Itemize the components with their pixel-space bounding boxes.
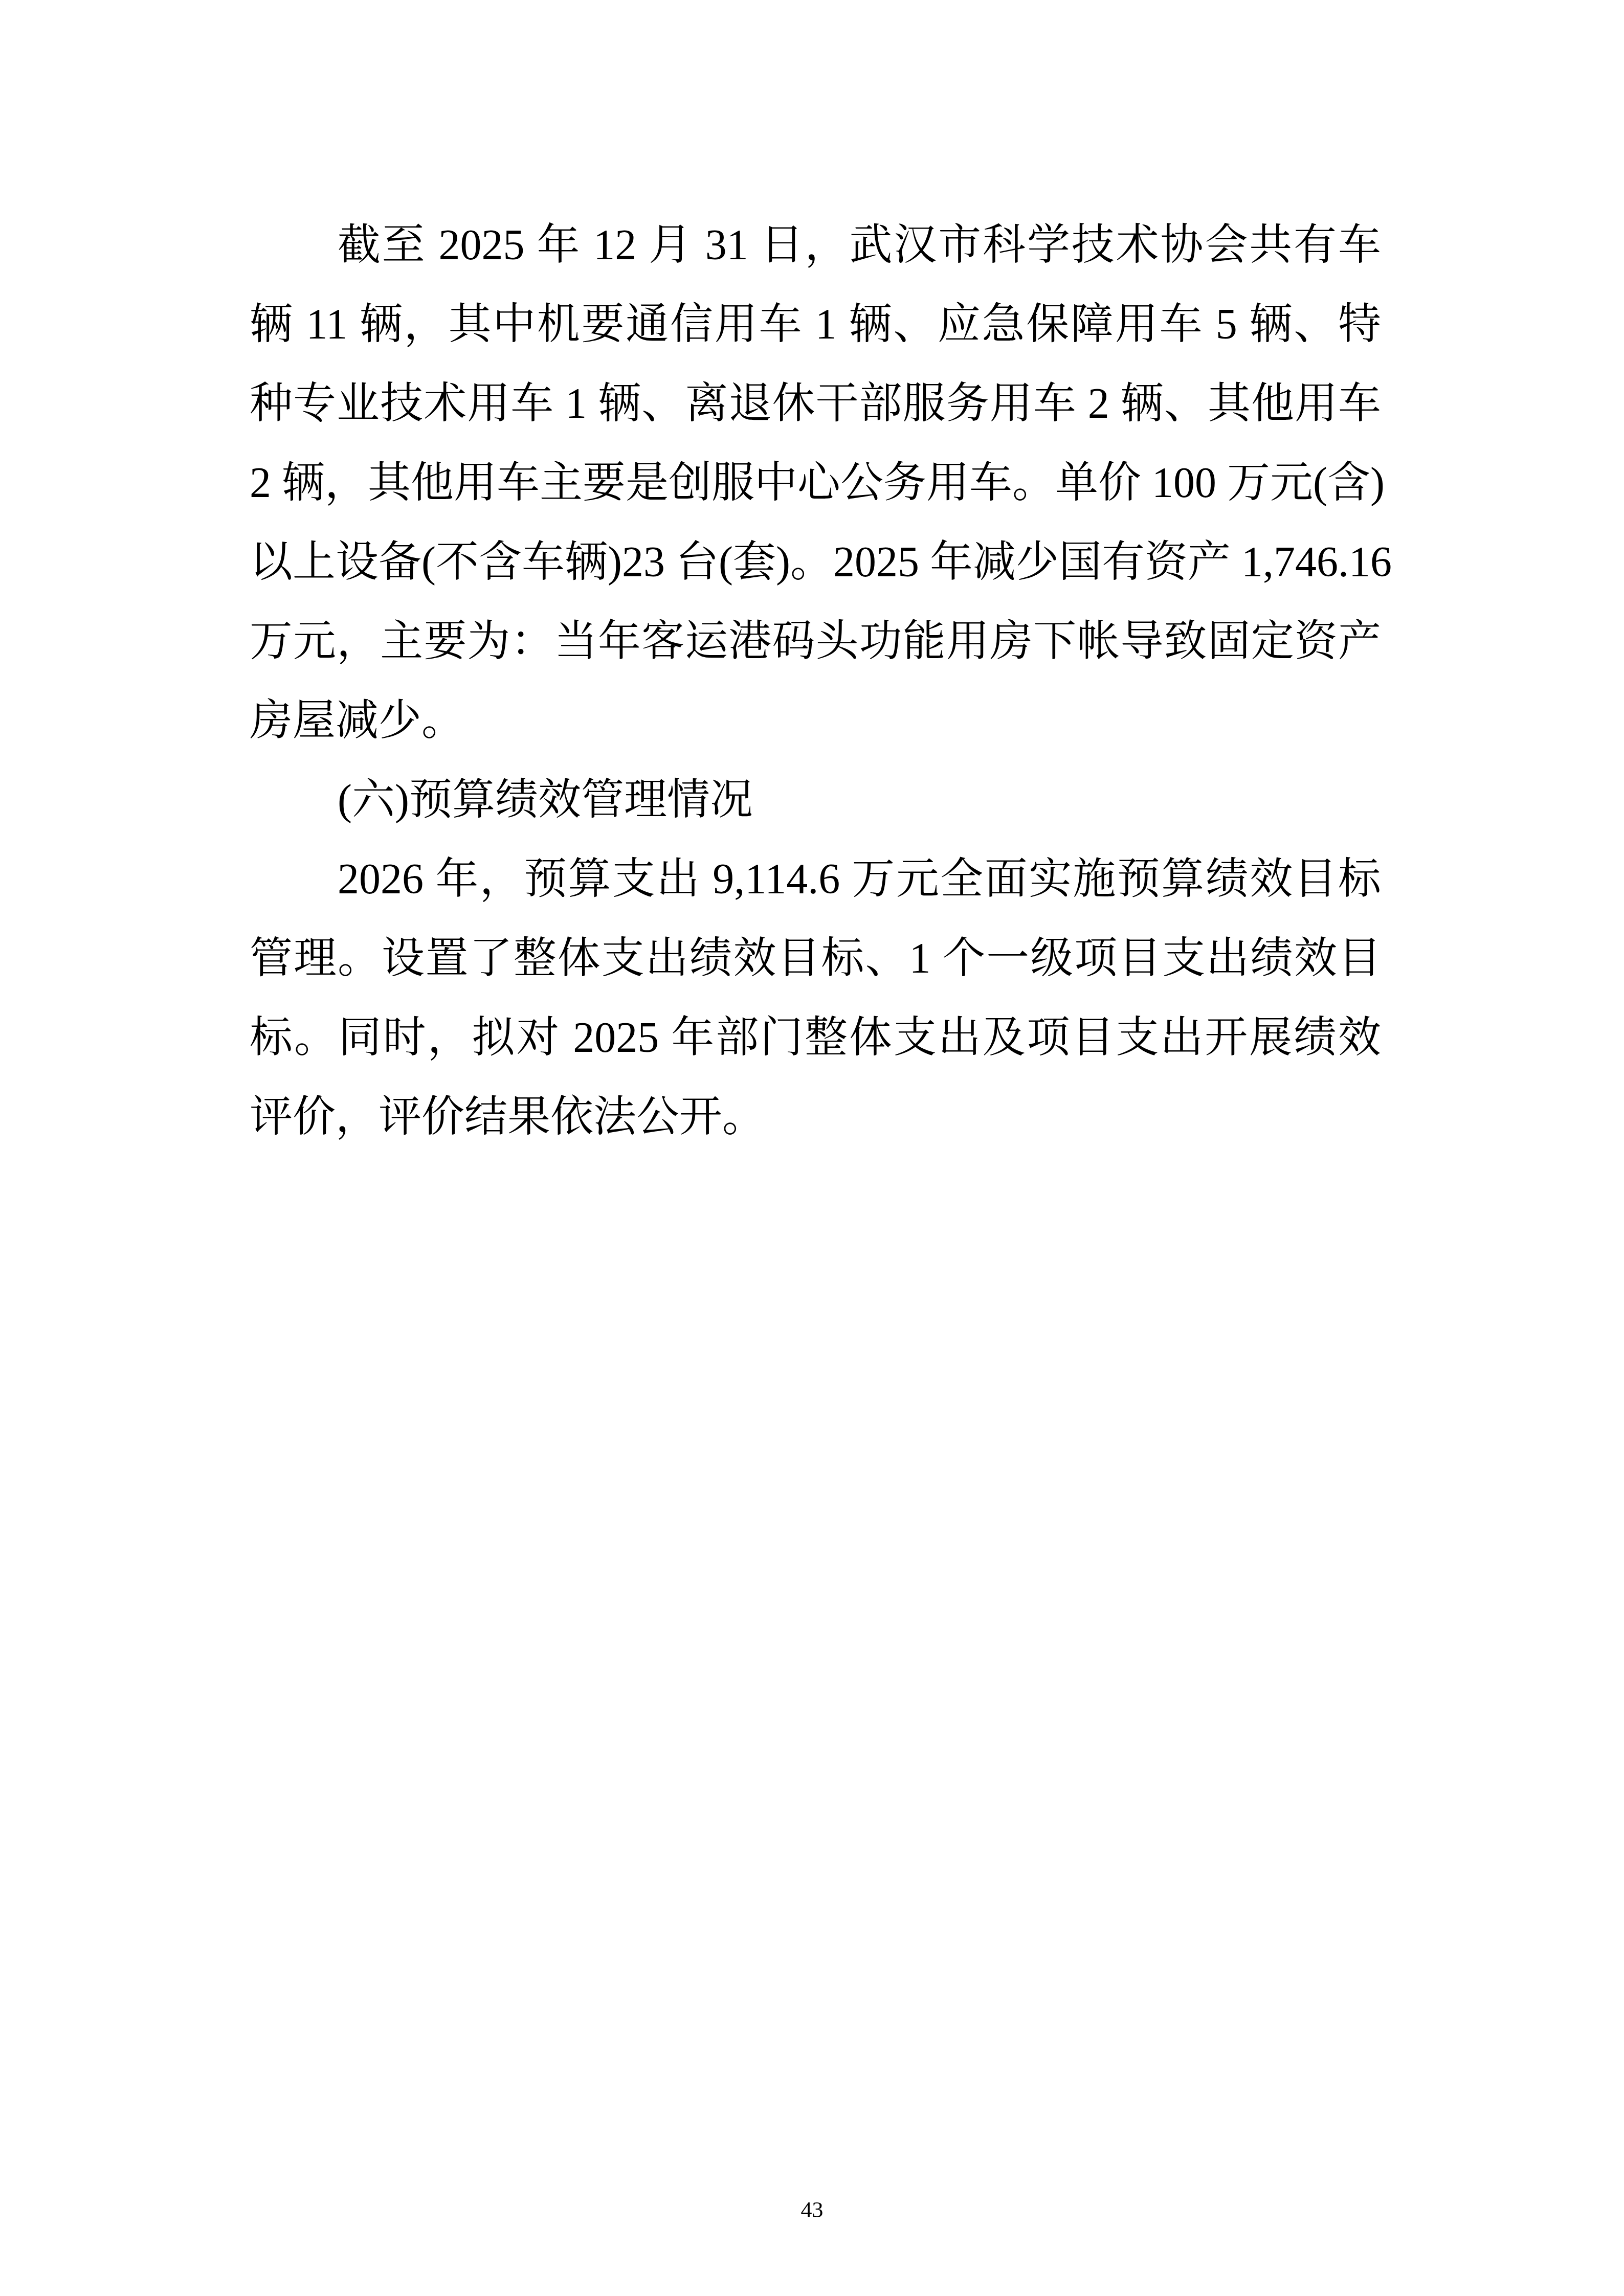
page-number: 43 [0, 2195, 1624, 2225]
text-line: 标。同时，拟对 2025 年部门整体支出及项目支出开展绩效 [250, 998, 1381, 1077]
text-line: 万元，主要为：当年客运港码头功能用房下帐导致固定资产 [250, 602, 1381, 681]
paragraph-assets: 截至 2025 年 12 月 31 日，武汉市科学技术协会共有车 辆 11 辆，… [250, 206, 1381, 760]
text-line: 截至 2025 年 12 月 31 日，武汉市科学技术协会共有车 [250, 206, 1381, 285]
page-content: 截至 2025 年 12 月 31 日，武汉市科学技术协会共有车 辆 11 辆，… [250, 206, 1381, 1157]
text-line: 以上设备(不含车辆)23 台(套)。2025 年减少国有资产 1,746.16 [250, 523, 1381, 602]
text-line: 2 辆，其他用车主要是创服中心公务用车。单价 100 万元(含) [250, 443, 1381, 523]
text-line: 评价，评价结果依法公开。 [250, 1077, 1381, 1157]
text-line: 2026 年，预算支出 9,114.6 万元全面实施预算绩效目标 [250, 840, 1381, 919]
paragraph-performance: 2026 年，预算支出 9,114.6 万元全面实施预算绩效目标 管理。设置了整… [250, 840, 1381, 1157]
section-heading: (六)预算绩效管理情况 [250, 760, 1381, 840]
document-page: 截至 2025 年 12 月 31 日，武汉市科学技术协会共有车 辆 11 辆，… [0, 0, 1624, 2296]
text-line: 管理。设置了整体支出绩效目标、1 个一级项目支出绩效目 [250, 919, 1381, 998]
text-line: 房屋减少。 [250, 681, 1381, 760]
text-line: 种专业技术用车 1 辆、离退休干部服务用车 2 辆、其他用车 [250, 364, 1381, 443]
text-line: 辆 11 辆，其中机要通信用车 1 辆、应急保障用车 5 辆、特 [250, 285, 1381, 364]
